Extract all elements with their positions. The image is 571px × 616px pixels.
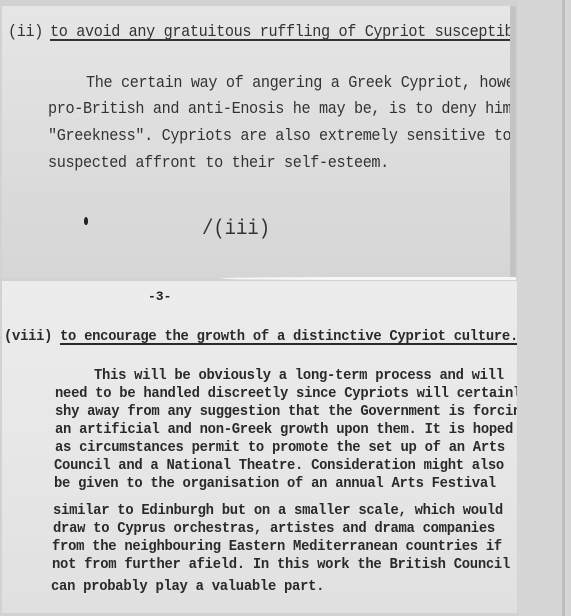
section-heading: to avoid any gratuitous ruffling of Cypr… <box>50 22 516 41</box>
paragraph-line: "Greekness". Cypriots are also extremely… <box>48 126 516 145</box>
item-number: (viii) <box>4 329 52 345</box>
paragraph-line: pro-British and anti-Enosis he may be, i… <box>48 99 516 118</box>
item-number: (ii) <box>8 22 43 41</box>
paragraph-line: shy away from any suggestion that the Go… <box>55 404 517 420</box>
continuation-marker: /(iii) <box>202 218 270 241</box>
page-number: -3- <box>148 289 171 304</box>
paragraph-line: need to be handled discreetly since Cypr… <box>55 386 517 402</box>
ink-mark <box>84 217 88 225</box>
paragraph-line: suspected affront to their self-esteem. <box>48 153 389 172</box>
paragraph-line: This will be obviously a long-term proce… <box>94 368 504 384</box>
scanned-excerpt-top: (ii) to avoid any gratuitous ruffling of… <box>2 6 516 278</box>
paragraph-line: not from further afield. In this work th… <box>52 557 510 573</box>
paragraph-line: The certain way of angering a Greek Cypr… <box>86 73 516 92</box>
paragraph-line: draw to Cyprus orchestras, artistes and … <box>53 521 495 537</box>
paragraph-line: similar to Edinburgh but on a smaller sc… <box>53 503 503 519</box>
paragraph-line: from the neighbouring Eastern Mediterran… <box>52 539 502 555</box>
page-seam <box>220 277 516 280</box>
paragraph-line: an artificial and non-Greek growth upon … <box>55 422 513 438</box>
paragraph-line: as circumstances permit to promote the s… <box>55 440 505 456</box>
paragraph-line: can probably play a valuable part. <box>51 579 324 595</box>
scanned-excerpt-bottom: -3- (viii) to encourage the growth of a … <box>2 281 517 613</box>
scrollbar-track <box>562 0 565 616</box>
paragraph-line: Council and a National Theatre. Consider… <box>54 458 504 474</box>
section-heading: to encourage the growth of a distinctive… <box>60 329 517 345</box>
paragraph-line: be given to the organisation of an annua… <box>54 476 496 492</box>
margin-strip <box>518 0 571 616</box>
